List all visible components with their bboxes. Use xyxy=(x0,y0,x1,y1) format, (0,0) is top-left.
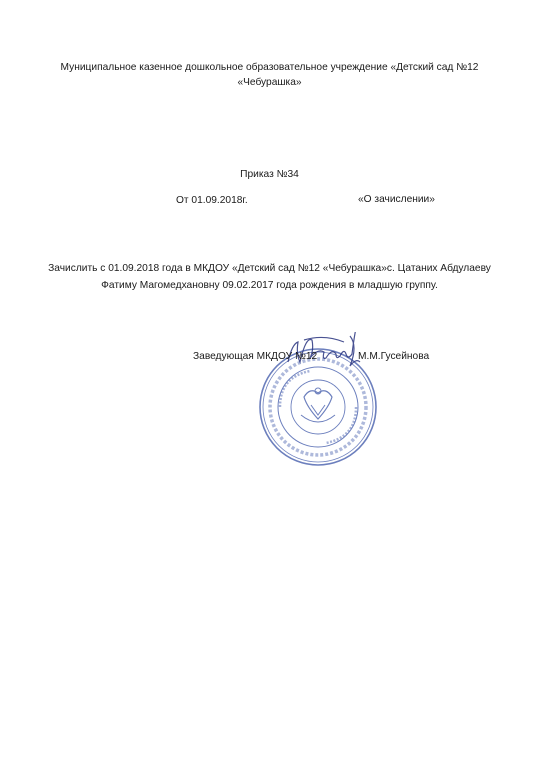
organization-name-line2: «Чебурашка» xyxy=(0,76,539,89)
order-subject: «О зачислении» xyxy=(358,193,435,206)
organization-name-line1: Муниципальное казенное дошкольное образо… xyxy=(0,61,539,74)
signatory-name: М.М.Гусейнова xyxy=(358,350,429,363)
order-body-line1: Зачислить с 01.09.2018 года в МКДОУ «Дет… xyxy=(0,262,539,275)
order-date: От 01.09.2018г. xyxy=(176,194,248,207)
signatory-role: Заведующая МКДОУ №12 xyxy=(193,350,317,363)
order-body-line2: Фатиму Магомедхановну 09.02.2017 года ро… xyxy=(0,279,539,292)
order-title: Приказ №34 xyxy=(0,168,539,181)
